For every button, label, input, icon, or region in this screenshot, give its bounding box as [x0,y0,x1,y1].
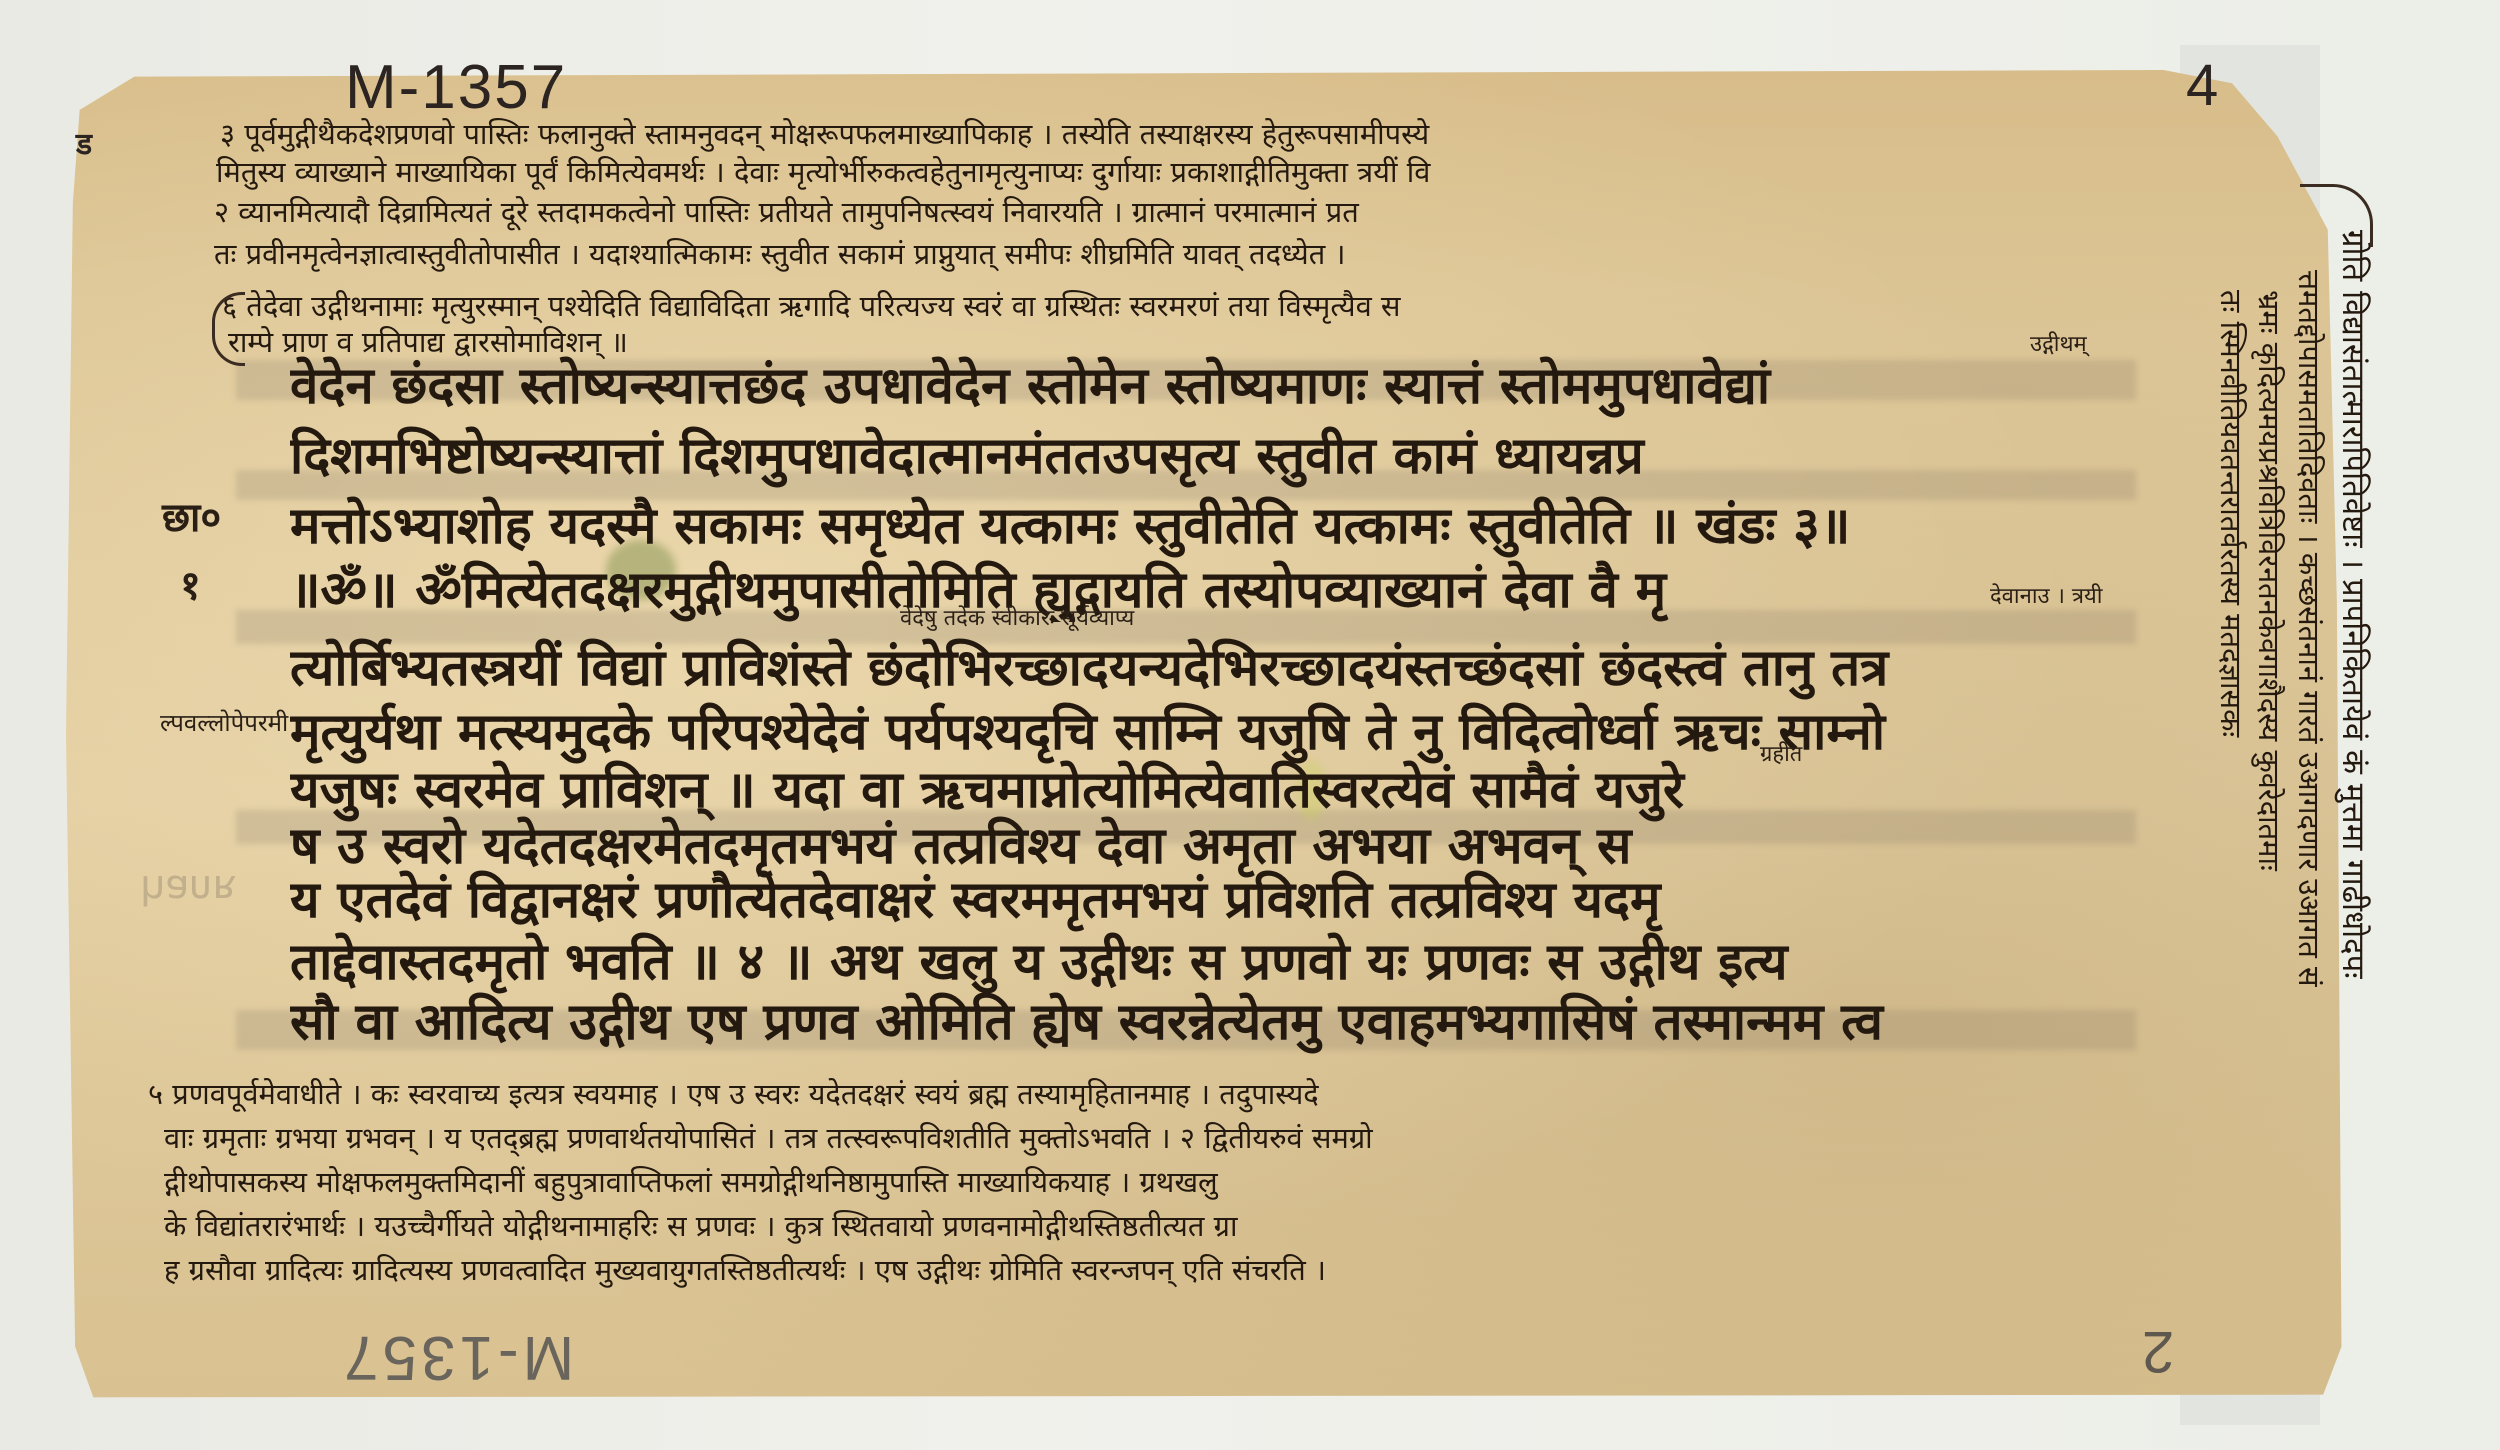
commentary-line: के विद्यांतरारंभार्थः । यउच्चैर्गीयते यो… [164,1206,2214,1245]
interlinear-gloss: देवानाउ । त्रयी [1990,580,2103,610]
commentary-line: ह ग्रसौवा ग्रादित्यः ग्रादित्यस्य प्रणवत… [164,1250,2334,1289]
interlinear-gloss: वेदेषु तदेक स्वीकारः सूर्यव्याप्य [900,602,1134,632]
folio-number-bottom-reversed: 2 [2142,1318,2174,1385]
main-text-line: य एतदेवं विद्वानक्षरं प्रणौत्येतदेवाक्षर… [290,862,2210,932]
main-text-line: त्योर्बिभ्यतस्त्रयीं विद्यां प्राविशंस्त… [290,630,2210,700]
main-text-line: वेदेन छंदसा स्तोष्यन्स्यात्तछंद उपधावेदे… [290,348,2210,418]
vertical-commentary-line: भ्रमः कृदित्यमयप्रश्रवित्रिविरनतनकेवगाशै… [2250,290,2289,1190]
vertical-commentary-line: त्तमतद्दोपासमतातिदिवताः । कच्छसंतनानं गा… [2290,270,2329,1230]
commentary-line: वाः ग्रमृताः ग्रभया ग्रभवन् । य एतद्ब्रह… [164,1118,2214,1157]
corner-mark: ड [76,122,92,163]
commentary-line: ५ प्रणवपूर्वमेवाधीते । कः स्वरवाच्य इत्य… [148,1074,2208,1113]
main-text-line: मत्तोऽभ्याशोह यदस्मै सकामः समृध्येत यत्क… [290,488,2210,558]
shelf-mark-bottom-reversed: M-1357 [340,1322,574,1393]
commentary-line: २ व्यानमित्यादौ दिव्रामित्यतं दूरे स्तदा… [214,192,2204,231]
interlinear-gloss: उद्गीथम् [2030,328,2087,358]
faded-margin-note: ᴚᴜɐɥ [140,862,236,908]
commentary-line: ३ पूर्वमुद्गीथैकदेशप्रणवो पास्तिः फलानुक… [220,114,2200,153]
vertical-commentary-line: तः स्मिनवीतियवतन्तरातर्वरतस्य मतदज्ञासकः [2212,290,2251,990]
folio-number-top: 4 [2186,52,2218,119]
section-mark: छा० [162,488,221,543]
shelf-mark-top: M-1357 [345,52,567,123]
main-text-line: ॥ॐ॥ ॐमित्येतदक्षरमुद्गीथमुपासीतोमिति ह्य… [290,552,2210,622]
interlinear-gloss: ग्रहीत [1760,738,1802,768]
commentary-line: तः प्रवीनमृत्वेनज्ञात्वास्तुवीतोपासीत । … [214,234,2194,273]
vertical-commentary-line: ग्रोति विद्यासंतात्मारापितिवेष्टाः । प्र… [2332,230,2374,1270]
section-number: १ [180,556,201,611]
commentary-line: ६ तेदेवा उद्गीथनामाः मृत्युरस्मान् पश्ये… [222,286,2172,325]
commentary-line: द्गीथोपासकस्य मोक्षफलमुक्तमिदानीं बहुपुत… [164,1162,2214,1201]
commentary-line: मितुस्य व्याख्याने माख्यायिका पूर्वं किम… [216,152,2206,191]
main-text-line: दिशमभिष्टोष्यन्स्यात्तां दिशमुपधावेदात्म… [290,418,2210,488]
main-text-line: सौ वा आदित्य उद्गीथ एष प्रणव ओमिति ह्येष… [290,984,2210,1054]
correction-note: ल्पवल्लोपेपरमी [160,706,288,739]
